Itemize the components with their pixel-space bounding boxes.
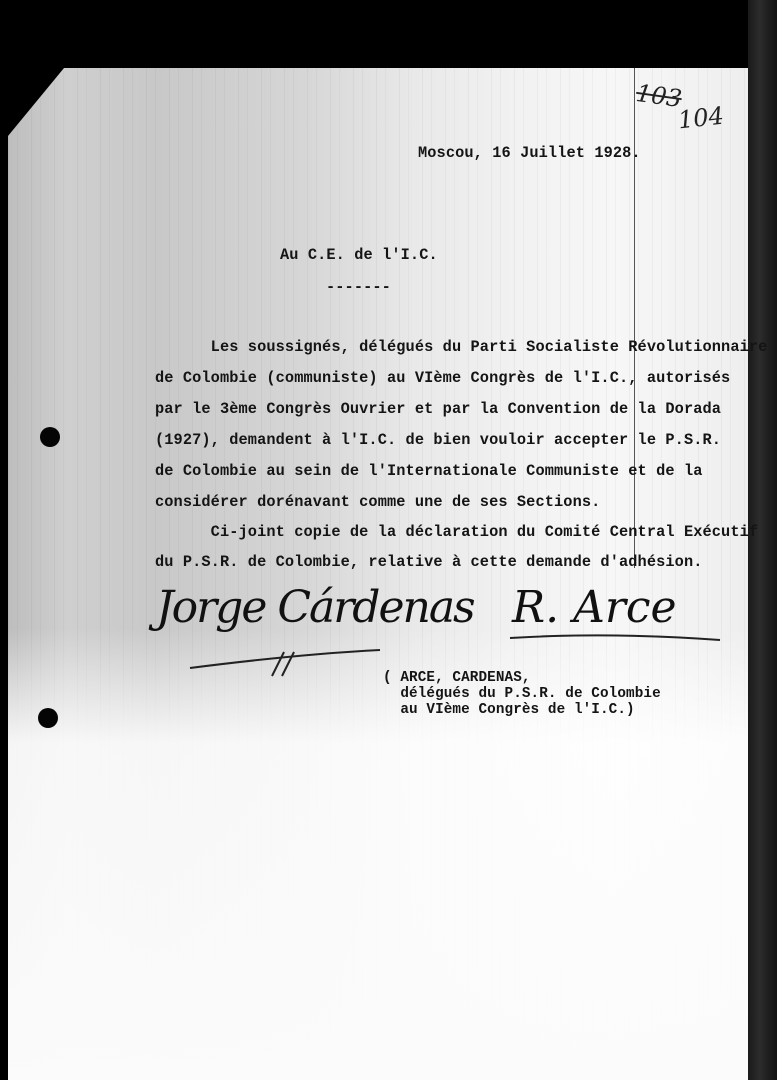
archive-number: 104 [677,102,725,135]
addressee: Au C.E. de l'I.C. [280,246,438,264]
body-line: de Colombie au sein de l'Internationale … [155,462,703,480]
body-line: de Colombie (communiste) au VIème Congrè… [155,369,730,387]
body-line: Ci-joint copie de la déclaration du Comi… [155,523,758,541]
signature-cardenas: Jorge Cárdenas [156,582,474,633]
body-line: du P.S.R. de Colombie, relative à cette … [155,553,703,571]
signature-block-line: au VIème Congrès de l'I.C.) [383,702,635,718]
place-date: Moscou, 16 Juillet 1928. [418,144,641,162]
punch-hole [40,427,60,447]
signature-block-line: délégués du P.S.R. de Colombie [383,686,661,702]
body-line: Les soussignés, délégués du Parti Social… [155,338,767,356]
body-line: (1927), demandent à l'I.C. de bien voulo… [155,431,721,449]
signature-block-line: ( ARCE, CARDENAS, [383,670,531,686]
signature-arce: R. Arce [512,582,677,633]
body-line: par le 3ème Congrès Ouvrier et par la Co… [155,400,721,418]
body-line: considérer dorénavant comme une de ses S… [155,493,600,511]
separator: ------- [326,278,391,296]
fold-line [634,68,635,568]
punch-hole [38,708,58,728]
document-page [8,68,748,1080]
